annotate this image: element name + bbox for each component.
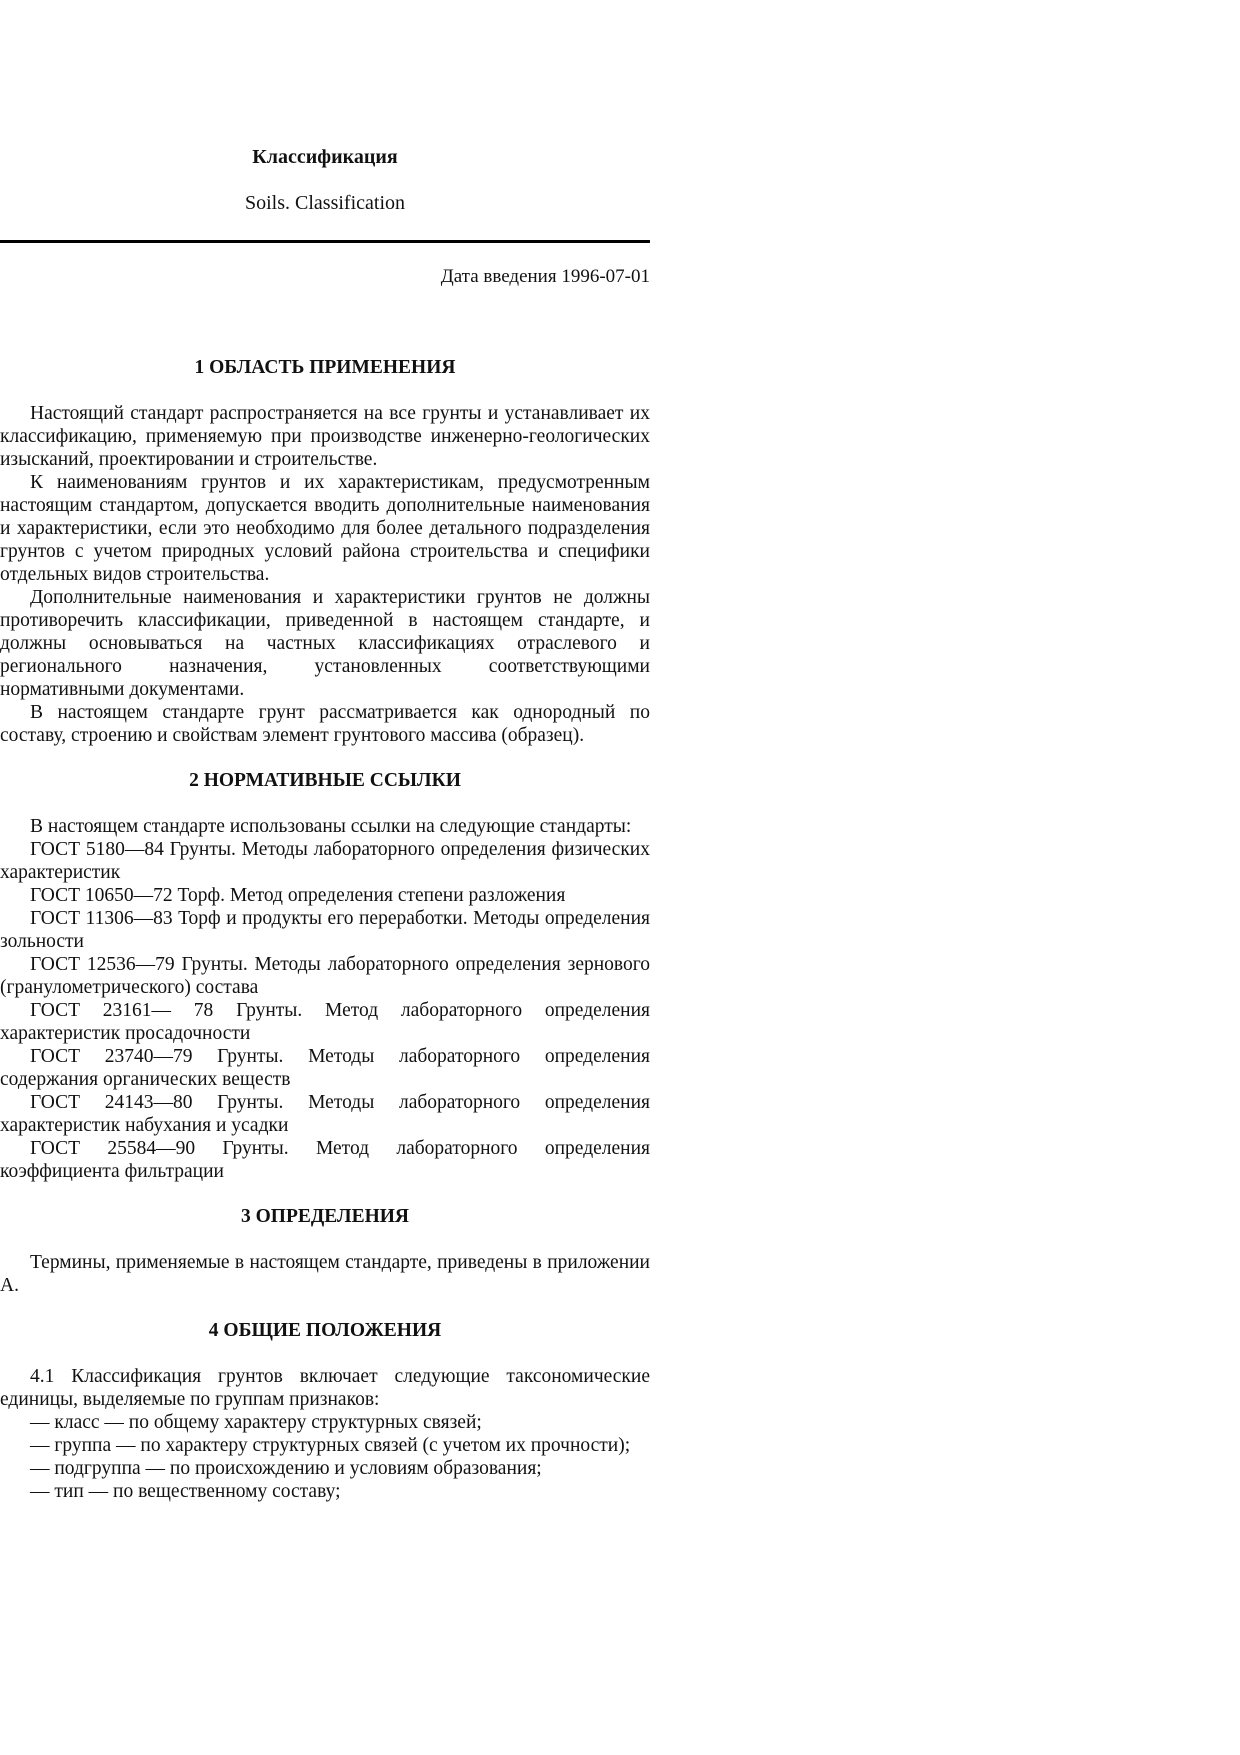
paragraph: Термины, применяемые в настоящем стандар… [0, 1251, 650, 1297]
document-subtitle: Soils. Classification [0, 192, 650, 215]
reference-item: ГОСТ 11306—83 Торф и продукты его перера… [0, 907, 650, 953]
document-title: Классификация [0, 146, 650, 169]
reference-item: ГОСТ 23740—79 Грунты. Методы лабораторно… [0, 1045, 650, 1091]
section-heading: 2 НОРМАТИВНЫЕ ССЫЛКИ [0, 769, 650, 792]
reference-item: ГОСТ 5180—84 Грунты. Методы лабораторног… [0, 838, 650, 884]
paragraph: В настоящем стандарте грунт рассматривае… [0, 701, 650, 747]
section-scope: 1 ОБЛАСТЬ ПРИМЕНЕНИЯ Настоящий стандарт … [0, 356, 650, 747]
section-general-provisions: 4 ОБЩИЕ ПОЛОЖЕНИЯ 4.1 Классификация грун… [0, 1319, 650, 1503]
paragraph: 4.1 Классификация грунтов включает следу… [0, 1365, 650, 1411]
reference-item: ГОСТ 24143—80 Грунты. Методы лабораторно… [0, 1091, 650, 1137]
section-normative-references: 2 НОРМАТИВНЫЕ ССЫЛКИ В настоящем стандар… [0, 769, 650, 1183]
paragraph: Дополнительные наименования и характерис… [0, 586, 650, 701]
list-item: — подгруппа — по происхождению и условия… [0, 1457, 650, 1480]
section-heading: 4 ОБЩИЕ ПОЛОЖЕНИЯ [0, 1319, 650, 1342]
reference-item: ГОСТ 10650—72 Торф. Метод определения ст… [0, 884, 650, 907]
list-item: — тип — по вещественному составу; [0, 1480, 650, 1503]
list-item: — класс — по общему характеру структурны… [0, 1411, 650, 1434]
section-heading: 3 ОПРЕДЕЛЕНИЯ [0, 1205, 650, 1228]
document-body: 1 ОБЛАСТЬ ПРИМЕНЕНИЯ Настоящий стандарт … [0, 356, 650, 1525]
reference-item: ГОСТ 25584—90 Грунты. Метод лабораторног… [0, 1137, 650, 1183]
paragraph: К наименованиям грунтов и их характерист… [0, 471, 650, 586]
paragraph: В настоящем стандарте использованы ссылк… [0, 815, 650, 838]
section-heading: 1 ОБЛАСТЬ ПРИМЕНЕНИЯ [0, 356, 650, 379]
reference-item: ГОСТ 12536—79 Грунты. Методы лабораторно… [0, 953, 650, 999]
paragraph: Настоящий стандарт распространяется на в… [0, 402, 650, 471]
section-definitions: 3 ОПРЕДЕЛЕНИЯ Термины, применяемые в нас… [0, 1205, 650, 1297]
effective-date: Дата введения 1996-07-01 [441, 266, 650, 288]
reference-item: ГОСТ 23161— 78 Грунты. Метод лабораторно… [0, 999, 650, 1045]
header-rule [0, 240, 650, 243]
list-item: — группа — по характеру структурных связ… [0, 1434, 650, 1457]
